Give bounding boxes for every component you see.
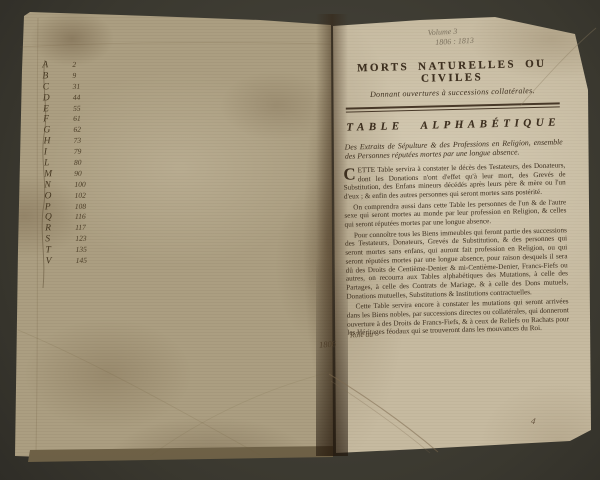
index-row: Q116 xyxy=(45,210,86,222)
index-row: L80 xyxy=(44,156,85,168)
index-row: G62 xyxy=(43,123,84,135)
index-row: B9 xyxy=(42,69,83,81)
index-row: S123 xyxy=(45,232,86,244)
index-row: O102 xyxy=(44,188,85,200)
index-row: T135 xyxy=(45,243,86,255)
handwritten-dates: Rôle au xyxy=(350,331,373,340)
index-row: P108 xyxy=(45,199,86,211)
index-row: C31 xyxy=(43,79,84,91)
drop-cap: C xyxy=(343,166,356,181)
index-row: E55 xyxy=(43,101,84,113)
index-row: A2 xyxy=(42,58,83,70)
section-title: TABLE ALPHABÉTIQUE xyxy=(342,116,564,133)
pencil-note-years: 1806 : 1813 xyxy=(435,36,474,48)
paragraph-3: Pour connoître tous les Biens immeubles … xyxy=(345,226,569,301)
pencil-note: Volume 3 1806 : 1813 xyxy=(428,26,475,48)
index-row: D44 xyxy=(43,90,84,102)
paragraph-1-text: ETTE Table servira à constater le décès … xyxy=(344,161,566,201)
index-letter: V xyxy=(46,256,62,267)
page-subtitle: Donnant ouvertures à successions collaté… xyxy=(341,85,563,99)
paragraph-2: On comprendra aussi dans cette Table les… xyxy=(344,198,567,230)
index-row: H73 xyxy=(44,134,85,146)
page-title: MORTS NATURELLES OU CIVILES xyxy=(341,57,564,86)
margin-year-note: 1806 xyxy=(319,338,337,349)
epigraph: Des Extraits de Sépulture & des Professi… xyxy=(345,137,563,161)
index-row: M90 xyxy=(44,167,85,179)
index-row: N100 xyxy=(44,177,85,189)
paragraph-1: CETTE Table servira à constater le décès… xyxy=(343,161,566,201)
paragraph-4: Cette Table servira encore à constater l… xyxy=(347,298,570,338)
index-row: I79 xyxy=(44,145,85,157)
book-scan: A2 B9 C31 D44 E55 F61 G62 H73 I79 L80 M9… xyxy=(0,0,600,480)
double-rule xyxy=(346,102,560,112)
printed-text-block: MORTS NATURELLES OU CIVILES Donnant ouve… xyxy=(341,57,570,338)
handwritten-index: A2 B9 C31 D44 E55 F61 G62 H73 I79 L80 M9… xyxy=(42,58,87,266)
index-row: F61 xyxy=(43,112,84,124)
index-row: V145 xyxy=(46,254,87,266)
index-page-number: 145 xyxy=(76,256,87,267)
handwritten-dates-heading: Rôle au xyxy=(350,331,373,340)
folio-mark: 4 xyxy=(530,416,536,427)
index-row: R117 xyxy=(45,221,86,233)
